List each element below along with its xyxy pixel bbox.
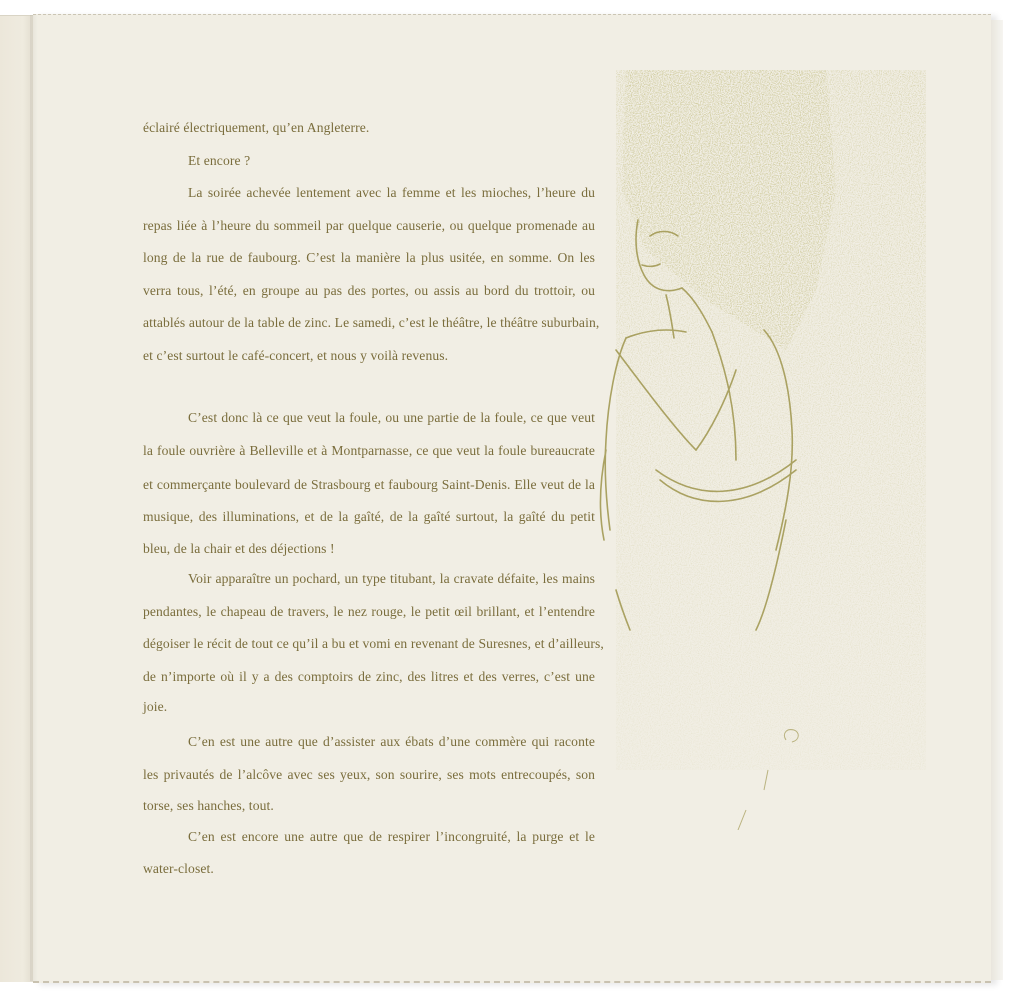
text-line: C’est donc là ce que veut la foule, ou u…: [188, 408, 595, 428]
text-line: Voir apparaître un pochard, un type titu…: [188, 569, 595, 589]
text-line: La soirée achevée lentement avec la femm…: [188, 183, 595, 203]
text-line: musique, des illuminations, et de la gaî…: [143, 507, 595, 527]
text-line: water-closet.: [143, 859, 214, 879]
portrait-illustration-icon: [586, 70, 926, 830]
text-line: torse, ses hanches, tout.: [143, 796, 274, 816]
text-line: éclairé électriquement, qu’en Angleterre…: [143, 118, 369, 138]
text-line: bleu, de la chair et des déjections !: [143, 539, 335, 559]
text-line: C’en est encore une autre que de respire…: [188, 827, 595, 847]
text-line: et c’est surtout le café-concert, et nou…: [143, 346, 448, 366]
text-line: Et encore ?: [188, 151, 250, 171]
text-line: les privautés de l’alcôve avec ses yeux,…: [143, 765, 595, 785]
text-line: dégoiser le récit de tout ce qu’il a bu …: [143, 634, 595, 654]
text-line: joie.: [143, 697, 167, 717]
text-line: pendantes, le chapeau de travers, le nez…: [143, 602, 595, 622]
book-gutter: [30, 15, 38, 981]
text-line: la foule ouvrière à Belleville et à Mont…: [143, 441, 595, 461]
page-stack-edge: [991, 20, 1003, 980]
text-line: long de la rue de faubourg. C’est la man…: [143, 248, 595, 268]
text-line: verra tous, l’été, en groupe au pas des …: [143, 281, 595, 301]
text-line: et commerçante boulevard de Strasbourg e…: [143, 475, 595, 495]
left-page-edge: [0, 15, 33, 982]
text-line: C’en est une autre que d’assister aux éb…: [188, 732, 595, 752]
text-line: attablés autour de la table de zinc. Le …: [143, 313, 595, 333]
text-line: de n’importe où il y a des comptoirs de …: [143, 667, 595, 687]
text-line: repas liée à l’heure du sommeil par quel…: [143, 216, 595, 236]
